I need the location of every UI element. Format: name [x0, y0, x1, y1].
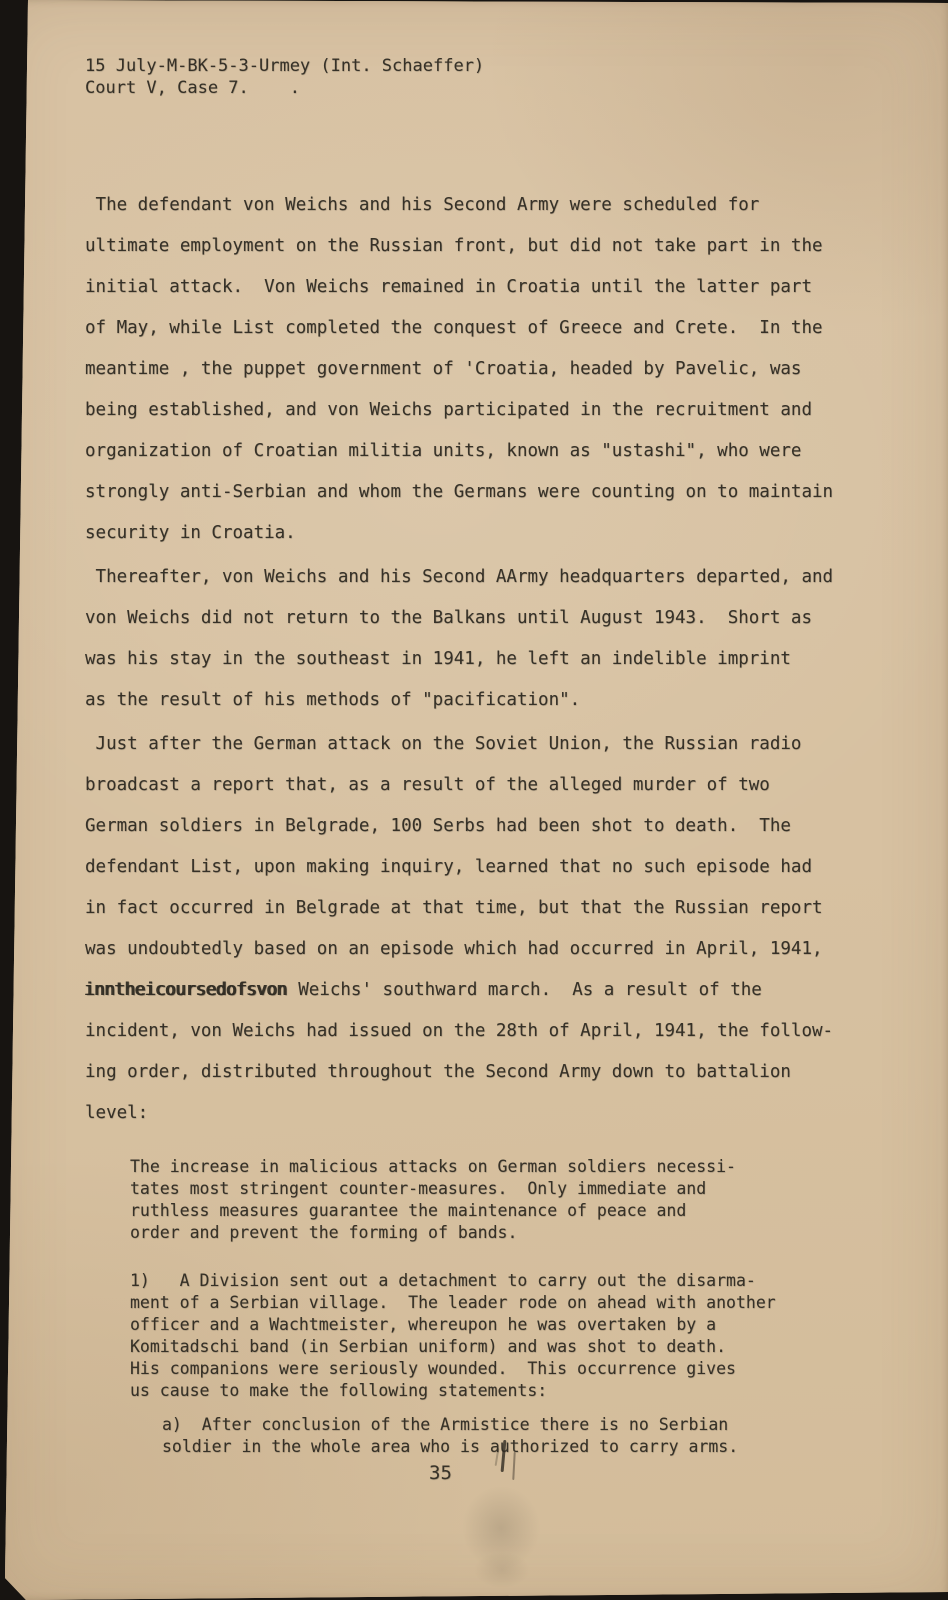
paragraph: Just after the German attack on the Sovi…	[85, 724, 895, 1134]
overtyped-text: inntheicoursedofsvon	[85, 980, 288, 1000]
quoted-block: The increase in malicious attacks on Ger…	[130, 1156, 895, 1244]
text-line: His companions were seriously wounded. T…	[130, 1358, 895, 1380]
text-line: defendant List, upon making inquiry, lea…	[85, 847, 895, 888]
text-line: tates most stringent counter-measures. O…	[130, 1178, 895, 1200]
text-line: being established, and von Weichs partic…	[85, 390, 895, 431]
text-line: order and prevent the forming of bands.	[130, 1222, 895, 1244]
ink-smudge	[474, 1552, 530, 1588]
text-line: of May, while List completed the conques…	[85, 308, 895, 349]
text-line: strongly anti-Serbian and whom the Germa…	[85, 472, 895, 513]
text-line: meantime , the puppet government of 'Cro…	[85, 349, 895, 390]
text-line: ultimate employment on the Russian front…	[85, 226, 895, 267]
document-content: 15 July-M-BK-5-3-Urmey (Int. Schaeffer) …	[85, 55, 895, 1458]
header-case-reference: 15 July-M-BK-5-3-Urmey (Int. Schaeffer)	[85, 55, 895, 77]
quoted-block: 1) A Division sent out a detachment to c…	[130, 1270, 895, 1402]
text-line: was his stay in the southeast in 1941, h…	[85, 639, 895, 680]
text-line: broadcast a report that, as a result of …	[85, 765, 895, 806]
paragraph: Thereafter, von Weichs and his Second AA…	[85, 557, 895, 721]
text-fragment: Weichs' southward march. As a result of …	[288, 980, 762, 1000]
text-line: von Weichs did not return to the Balkans…	[85, 598, 895, 639]
text-line: security in Croatia.	[85, 513, 895, 554]
text-line: us cause to make the following statement…	[130, 1380, 895, 1402]
text-line: initial attack. Von Weichs remained in C…	[85, 267, 895, 308]
text-line: inntheicoursedofsvon Weichs' southward m…	[85, 970, 895, 1011]
text-line: a) After conclusion of the Armistice the…	[162, 1414, 895, 1436]
text-line: in fact occurred in Belgrade at that tim…	[85, 888, 895, 929]
paragraph: The defendant von Weichs and his Second …	[85, 185, 895, 554]
text-line: soldier in the whole area who is authori…	[162, 1436, 895, 1458]
quoted-block: a) After conclusion of the Armistice the…	[162, 1414, 895, 1458]
text-line: ruthless measures guarantee the maintena…	[130, 1200, 895, 1222]
text-line: organization of Croatian militia units, …	[85, 431, 895, 472]
text-line: 1) A Division sent out a detachment to c…	[130, 1270, 895, 1292]
text-line: Komitadschi band (in Serbian uniform) an…	[130, 1336, 895, 1358]
text-line: as the result of his methods of "pacific…	[85, 680, 895, 721]
text-line: ing order, distributed throughout the Se…	[85, 1052, 895, 1093]
text-line: The increase in malicious attacks on Ger…	[130, 1156, 895, 1178]
header-court-case: Court V, Case 7. .	[85, 77, 895, 99]
document-body: The defendant von Weichs and his Second …	[85, 185, 895, 1458]
text-line: ment of a Serbian village. The leader ro…	[130, 1292, 895, 1314]
text-line: was undoubtedly based on an episode whic…	[85, 929, 895, 970]
text-line: German soldiers in Belgrade, 100 Serbs h…	[85, 806, 895, 847]
page-number: 35	[429, 1462, 452, 1484]
text-line: incident, von Weichs had issued on the 2…	[85, 1011, 895, 1052]
text-line: officer and a Wachtmeister, whereupon he…	[130, 1314, 895, 1336]
text-line: level:	[85, 1093, 895, 1134]
text-line: Thereafter, von Weichs and his Second AA…	[85, 557, 895, 598]
text-line: The defendant von Weichs and his Second …	[85, 185, 895, 226]
text-line: Just after the German attack on the Sovi…	[85, 724, 895, 765]
